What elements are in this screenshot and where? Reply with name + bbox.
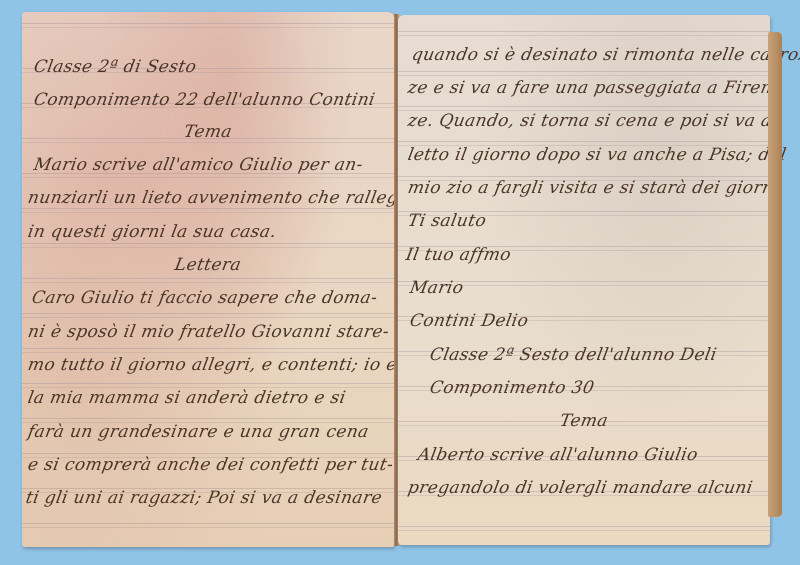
right-notebook-page: quando si è desinato si rimonta nelle ca… <box>398 15 770 545</box>
text-line: ze. Quando, si torna si cena e poi si va… <box>406 111 773 131</box>
text-line: mo tutto il giorno allegri, e contenti; … <box>26 355 398 375</box>
text-line: pregandolo di volergli mandare alcuni <box>406 478 754 498</box>
tema-heading: Tema <box>396 411 772 431</box>
text-line: ze e si va a fare una passeggiata a Fire… <box>406 78 780 98</box>
closing-signoff: Il tuo affmo <box>404 245 512 265</box>
text-line: nunziarli un lieto avvenimento che ralle… <box>26 188 419 208</box>
composition-heading: Componimento 30 <box>428 378 596 398</box>
class-heading: Classe 2ª di Sesto <box>32 57 198 77</box>
torn-page-edge <box>768 32 782 517</box>
text-line: Alberto scrive all'alunno Giulio <box>416 445 699 465</box>
text-line: ti gli uni ai ragazzi; Poi si va a desin… <box>24 488 383 508</box>
text-line: mio zio a fargli visita e si starà dei g… <box>406 178 781 198</box>
class-heading: Classe 2ª Sesto dell'alunno Deli <box>428 345 718 365</box>
text-line: letto il giorno dopo si va anche a Pisa;… <box>406 145 788 165</box>
text-line: Mario scrive all'amico Giulio per an- <box>32 155 364 175</box>
text-line: ni è sposò il mio fratello Giovanni star… <box>26 322 391 342</box>
text-line: Caro Giulio ti faccio sapere che doma- <box>30 288 379 308</box>
tema-heading: Tema <box>20 122 396 142</box>
closing-greeting: Ti saluto <box>406 211 488 231</box>
composition-heading: Componimento 22 dell'alunno Contini <box>32 90 376 110</box>
text-line: in questi giorni la sua casa. <box>26 222 278 242</box>
left-notebook-page: Classe 2ª di Sesto Componimento 22 dell'… <box>22 12 394 547</box>
text-line: farà un grandesinare e una gran cena <box>26 422 370 442</box>
signature-name: Mario <box>408 278 465 298</box>
student-name: Contini Delio <box>408 311 530 331</box>
text-line: quando si è desinato si rimonta nelle ca… <box>410 45 800 65</box>
lettera-heading: Lettera <box>20 255 396 275</box>
text-line: e si comprerà anche dei confetti per tut… <box>26 455 395 475</box>
text-line: la mia mamma si anderà dietro e si <box>26 388 347 408</box>
